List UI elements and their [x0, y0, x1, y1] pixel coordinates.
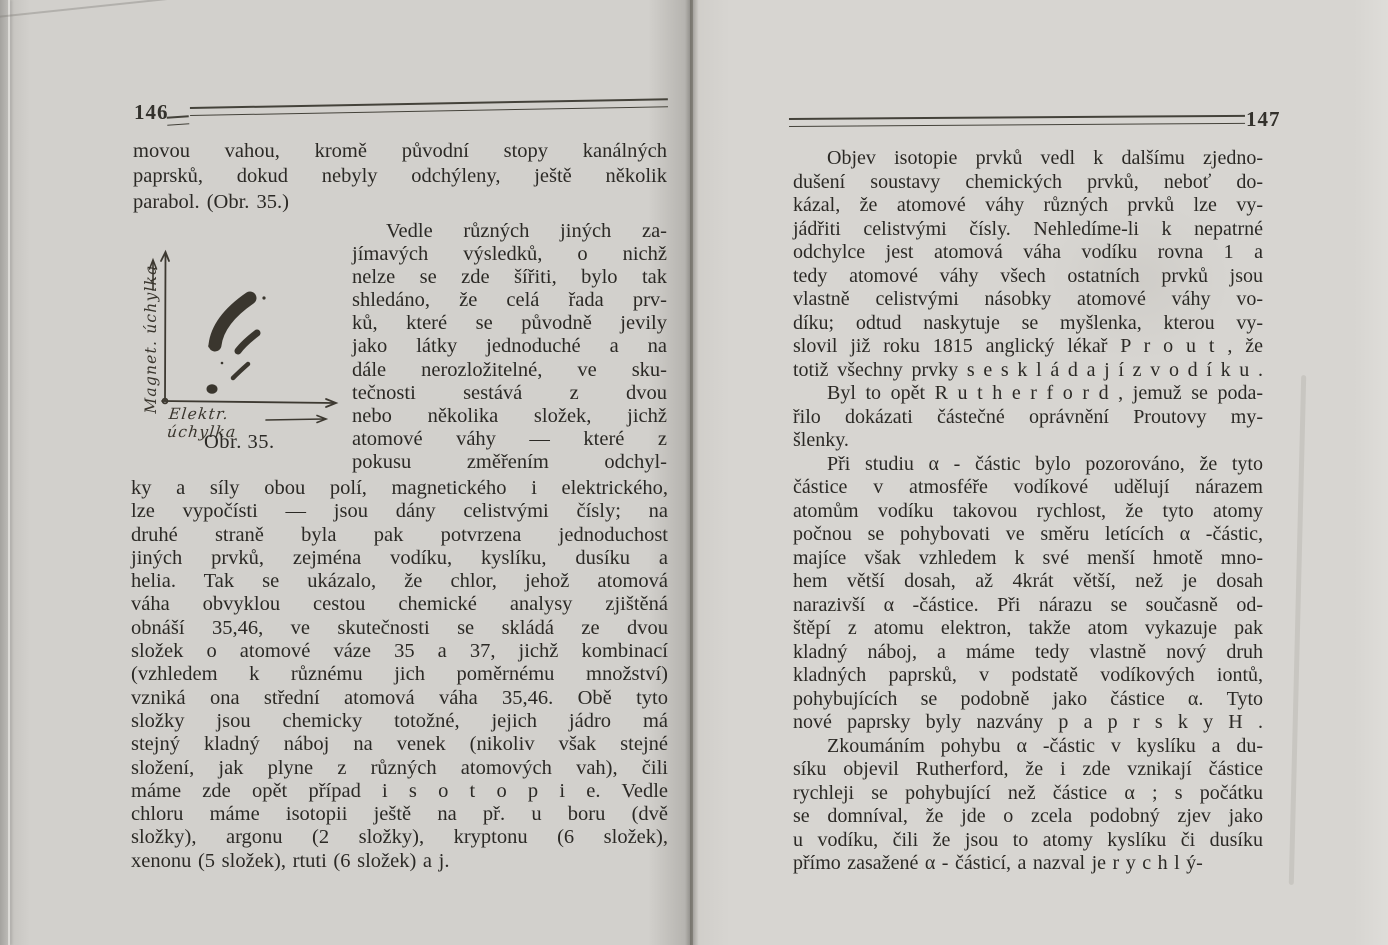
text-line: ky a síly obou polí, magnetického i elek… [131, 477, 668, 500]
book-scan: 146 147 movou vahou, kromě původní stopy… [0, 0, 1388, 945]
right-paragraph-2: Byl to opět R u t h e r f o r d , jemuž … [793, 382, 1263, 453]
spot-speck-3 [221, 362, 224, 365]
text-line: pohybujících se podobně jako částice α. … [793, 688, 1263, 712]
right-paragraph-4: Zkoumáním pohybu α -částic v kyslíku a d… [793, 735, 1263, 876]
text-line: dále nerozložitelné, ve sku- [352, 359, 667, 382]
text-line: složky), argonu (2 složky), kryptonu (6 … [131, 826, 668, 849]
text-line: se domníval, že jde o zcela podobný zjev… [793, 805, 1263, 829]
text-line: xenonu (5 složek), rtuti (6 složek) a j. [131, 850, 668, 873]
left-body-paragraph: ky a síly obou polí, magnetického i elek… [131, 477, 668, 873]
text-line: odchylce jest atomová váha vodíku rovna … [793, 241, 1263, 265]
text-line: šlenky. [793, 429, 1263, 453]
figure-obr-35: Magnet. úchylka Elektr. úchylka Obr. 35. [138, 242, 350, 462]
text-line: síku objevil Rutherford, že i zde vznika… [793, 758, 1263, 782]
text-line: obnáší 35,46, ve skutečnosti se skládá z… [131, 617, 668, 640]
text-line: tedy atomové váhy všech ostatních prvků … [793, 265, 1263, 289]
text-line: jádřiti celistvými čísly. Nehledíme-li k… [793, 218, 1263, 242]
text-line: kázal, že atomové váhy různých prvků lze… [793, 194, 1263, 218]
text-line: Při studiu α - částic bylo pozorováno, ž… [793, 453, 1263, 477]
text-line: Byl to opět R u t h e r f o r d , jemuž … [793, 382, 1263, 406]
text-line: máme zde opět případ i s o t o p i e. Ve… [131, 780, 668, 803]
text-line: složení, jak plyne z různých atomových v… [131, 757, 668, 780]
y-axis-label: Magnet. úchylka [142, 264, 160, 414]
text-line: kladný náboj, a máme tedy vlastně nový d… [793, 641, 1263, 665]
text-line: rychleji se pohybující než částice α ; s… [793, 782, 1263, 806]
text-line: atomové váhy — které z [352, 428, 667, 451]
figure-caption: Obr. 35. [204, 431, 324, 454]
spot-medium-streak [238, 333, 257, 351]
text-line: ků, které se původně jevily [352, 312, 667, 335]
left-beside-figure-paragraph: Vedle různých jiných za-jímavých výsledk… [352, 220, 667, 474]
text-line: díku; odtud naskytuje se myšlenka, ktero… [793, 312, 1263, 336]
text-line: majíce však vzhledem k své menší hmotě m… [793, 547, 1263, 571]
x-axis-line [162, 401, 334, 403]
text-line: vzniká ona střední atomová váha 35,46. O… [131, 687, 668, 710]
text-line: totiž všechny prvky s e s k l á d a j í … [793, 359, 1263, 383]
page-number-right: 147 [1246, 107, 1281, 132]
scan-right-edge-highlight [1354, 0, 1388, 945]
scan-left-edge-shadow [0, 0, 30, 945]
text-line: částice v atmosféře vodíkové udělují nár… [793, 476, 1263, 500]
text-line: jako látky jednoduché a na [352, 335, 667, 358]
text-line: narazivší α -částice. Při nárazu se souč… [793, 594, 1263, 618]
y-axis-line [165, 254, 166, 401]
header-rule-left-stub [167, 115, 190, 126]
right-paragraph-3: Při studiu α - částic bylo pozorováno, ž… [793, 453, 1263, 735]
text-line: přímo zasažené α - částicí, a nazval je … [793, 852, 1263, 876]
text-line: nebo několika složek, jichž [352, 405, 667, 428]
text-line: složky jsou chemicky totožné, jejich jád… [131, 710, 668, 733]
text-line: chloru máme isotopii ještě na př. u boru… [131, 803, 668, 826]
text-line: kladných paprsků, v podstatě vodíkových … [793, 664, 1263, 688]
text-line: druhé straně byla pak potvrzena jednoduc… [131, 524, 668, 547]
text-line: (vzhledem k různému jich poměrnému množs… [131, 663, 668, 686]
text-line: tečnosti sestává z dvou [352, 382, 667, 405]
spot-large-streak [215, 298, 250, 345]
text-line: nové paprsky byly nazvány p a p r s k y … [793, 711, 1263, 735]
text-line: shledáno, že celá řada prv- [352, 289, 667, 312]
text-line: dušení soustavy chemických prvků, neboť … [793, 171, 1263, 195]
text-line: váha obvyklou cestou chemické analysy zj… [131, 593, 668, 616]
book-gutter-line [690, 0, 693, 945]
text-line: pokusu změřením odchyl- [352, 451, 667, 474]
text-line: u vodíku, čili že jsou to atomy kyslíku … [793, 829, 1263, 853]
text-line: movou vahou, kromě původní stopy kanálný… [133, 139, 667, 164]
spot-speck-1 [262, 296, 265, 299]
text-line: parabol. (Obr. 35.) [133, 190, 667, 215]
text-line: Zkoumáním pohybu α -částic v kyslíku a d… [793, 735, 1263, 759]
spot-small-streak [233, 364, 248, 378]
spot-speck-2 [208, 344, 212, 348]
text-line: helia. Tak se ukázalo, že chlor, jehož a… [131, 570, 668, 593]
scan-left-crease [8, 0, 10, 945]
text-line: složek o atomové váze 35 a 37, jichž kom… [131, 640, 668, 663]
parabola-spots [207, 296, 266, 393]
text-line: lze vypočísti — jsou dány celistvými čís… [131, 500, 668, 523]
text-line: paprsků, dokud nebyly odchýleny, ještě n… [133, 164, 667, 189]
text-line: hem větší dosah, až 4krát větší, než je … [793, 570, 1263, 594]
spot-dot [207, 384, 218, 394]
text-line: nelze se zde šířiti, bylo tak [352, 266, 667, 289]
text-line: Objev isotopie prvků vedl k dalšímu zjed… [793, 147, 1263, 171]
text-line: vlastně celistvými násobky atomové váhy … [793, 288, 1263, 312]
text-line: jiných prvků, zejména vodíku, kyslíku, d… [131, 547, 668, 570]
text-line: Vedle různých jiných za- [352, 220, 667, 243]
right-paragraph-1: Objev isotopie prvků vedl k dalšímu zjed… [793, 147, 1263, 382]
text-line: štěpí z atomu elektron, takže atom vykaz… [793, 617, 1263, 641]
text-line: stejný kladný náboj na venek (nikoliv vš… [131, 733, 668, 756]
text-line: počnou se pohybovati ve směru letících α… [793, 523, 1263, 547]
page-number-left: 146 [134, 100, 169, 125]
right-body-text: Objev isotopie prvků vedl k dalšímu zjed… [793, 147, 1263, 876]
text-line: slovil již roku 1815 anglický lékař P r … [793, 335, 1263, 359]
left-intro-paragraph: movou vahou, kromě původní stopy kanálný… [133, 139, 667, 215]
text-line: řilo dokázati částečné oprávnění Proutov… [793, 406, 1263, 430]
text-line: jímavých výsledků, o nichž [352, 243, 667, 266]
text-line: atomům vodíku takovou rychlost, že tyto … [793, 500, 1263, 524]
